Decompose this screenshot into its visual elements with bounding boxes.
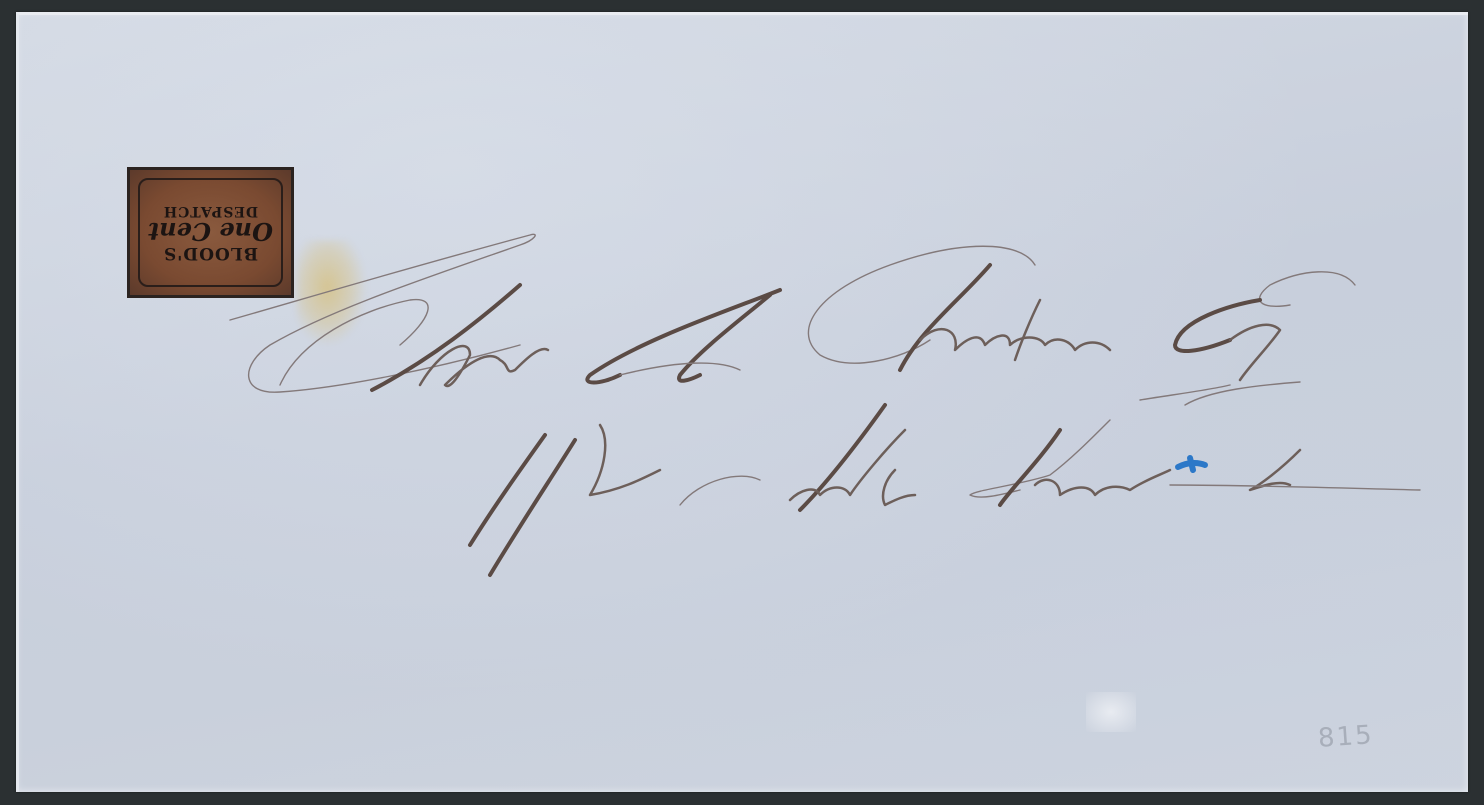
pencil-notation: 815 [1317,720,1375,754]
handwritten-address-drawing [0,0,1484,805]
